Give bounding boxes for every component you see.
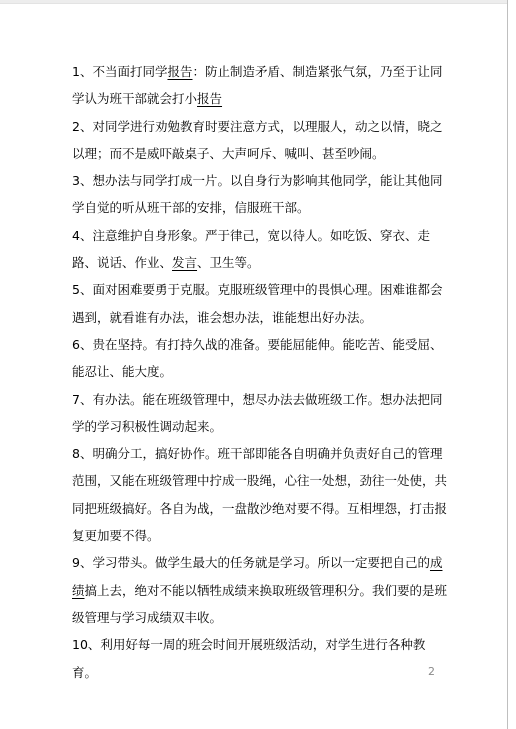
text-segment: 搞上去，绝对不能以牺牲成绩来换取班级管理积分。我们要的是班级管理与学习成绩双丰收… <box>72 583 447 625</box>
document-body: 1、不当面打同学报告：防止制造矛盾、制造紧张气氛，乃至于让同学认为班干部就会打小… <box>72 58 450 686</box>
text-segment: 6、贵在坚持。有打持久战的准备。要能屈能伸。能吃苦、能受屈、能忍让、能大度。 <box>72 337 442 379</box>
text-segment: 5、面对困难要勇于克服。克服班级管理中的畏惧心理。困难谁都会遇到，就看谁有办法，… <box>72 282 442 324</box>
list-item-5: 5、面对困难要勇于克服。克服班级管理中的畏惧心理。困难谁都会遇到，就看谁有办法，… <box>72 276 450 331</box>
list-item-4: 4、注意维护自身形象。严于律己，宽以待人。如吃饭、穿衣、走路、说话、作业、发言、… <box>72 222 450 277</box>
list-item-7: 7、有办法。能在班级管理中，想尽办法去做班级工作。想办法把同学的学习积极性调动起… <box>72 386 450 441</box>
page-right-edge-line <box>507 0 508 729</box>
text-segment: 3、想办法与同学打成一片。以自身行为影响其他同学，能让其他同学自觉的听从班干部的… <box>72 173 442 215</box>
page-top-edge <box>0 0 508 4</box>
page-number: 2 <box>428 665 435 679</box>
text-segment: 8、明确分工，搞好协作。班干部即能各自明确并负责好自己的管理范围，又能在班级管理… <box>72 446 447 543</box>
list-item-2: 2、对同学进行劝勉教育时要注意方式，以理服人，动之以情，晓之以理；而不是威吓敲桌… <box>72 113 450 168</box>
text-segment: 1、不当面打同学 <box>72 64 167 79</box>
underlined-text: 报告 <box>197 91 222 106</box>
list-item-1: 1、不当面打同学报告：防止制造矛盾、制造紧张气氛，乃至于让同学认为班干部就会打小… <box>72 58 450 113</box>
underlined-text: 发言 <box>172 255 197 270</box>
list-item-10: 10、利用好每一周的班会时间开展班级活动，对学生进行各种教育。 <box>72 631 450 686</box>
document-page: 1、不当面打同学报告：防止制造矛盾、制造紧张气氛，乃至于让同学认为班干部就会打小… <box>0 0 516 729</box>
underlined-text: 报告 <box>167 64 192 79</box>
text-segment: 9、学习带头。做学生最大的任务就是学习。所以一定要把自己的 <box>72 555 430 570</box>
list-item-6: 6、贵在坚持。有打持久战的准备。要能屈能伸。能吃苦、能受屈、能忍让、能大度。 <box>72 331 450 386</box>
list-item-8: 8、明确分工，搞好协作。班干部即能各自明确并负责好自己的管理范围，又能在班级管理… <box>72 440 450 549</box>
text-segment: 7、有办法。能在班级管理中，想尽办法去做班级工作。想办法把同学的学习积极性调动起… <box>72 392 442 434</box>
list-item-3: 3、想办法与同学打成一片。以自身行为影响其他同学，能让其他同学自觉的听从班干部的… <box>72 167 450 222</box>
text-segment: 2、对同学进行劝勉教育时要注意方式，以理服人，动之以情，晓之以理；而不是威吓敲桌… <box>72 119 442 161</box>
list-item-9: 9、学习带头。做学生最大的任务就是学习。所以一定要把自己的成绩搞上去，绝对不能以… <box>72 549 450 631</box>
text-segment: 10、利用好每一周的班会时间开展班级活动，对学生进行各种教育。 <box>72 637 425 679</box>
text-segment: 、卫生等。 <box>197 255 260 270</box>
